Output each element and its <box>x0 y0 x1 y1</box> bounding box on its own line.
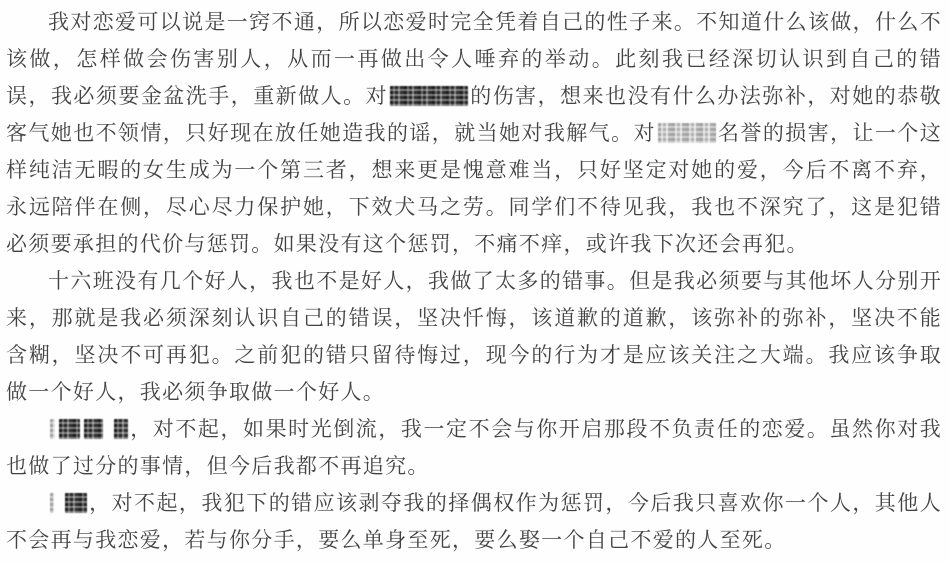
redacted-name-3b <box>59 419 80 439</box>
paragraph-3: ，对不起，如果时光倒流，我一定不会与你开启那段不负责任的恋爱。虽然你对我也做了过… <box>6 411 942 485</box>
text-run: ，对不起，我犯下的错应该剥夺我的择偶权作为惩罚，今后我只喜欢你一个人，其他人不会… <box>6 492 942 552</box>
redacted-name-3c <box>84 419 103 439</box>
redacted-name-3a <box>50 419 55 439</box>
redacted-name-4b <box>65 493 87 513</box>
text-run: ，对不起，如果时光倒流，我一定不会与你开启那段不负责任的恋爱。虽然你对我也做了过… <box>6 418 942 478</box>
redacted-name-2 <box>658 123 716 143</box>
redacted-name-1 <box>390 86 468 106</box>
text-run: 十六班没有几个好人，我也不是好人，我做了太多的错事。但是我必须要与其他坏人分别开… <box>6 270 942 404</box>
paragraph-1: 我对恋爱可以说是一窍不通，所以恋爱时完全凭着自己的性子来。不知道什么该做，什么不… <box>6 4 942 263</box>
paragraph-4: ，对不起，我犯下的错应该剥夺我的择偶权作为惩罚，今后我只喜欢你一个人，其他人不会… <box>6 485 942 559</box>
redacted-name-4a <box>50 493 54 513</box>
document-body: 我对恋爱可以说是一窍不通，所以恋爱时完全凭着自己的性子来。不知道什么该做，什么不… <box>0 0 949 562</box>
redacted-name-3d <box>114 419 128 439</box>
paragraph-2: 十六班没有几个好人，我也不是好人，我做了太多的错事。但是我必须要与其他坏人分别开… <box>6 263 942 411</box>
